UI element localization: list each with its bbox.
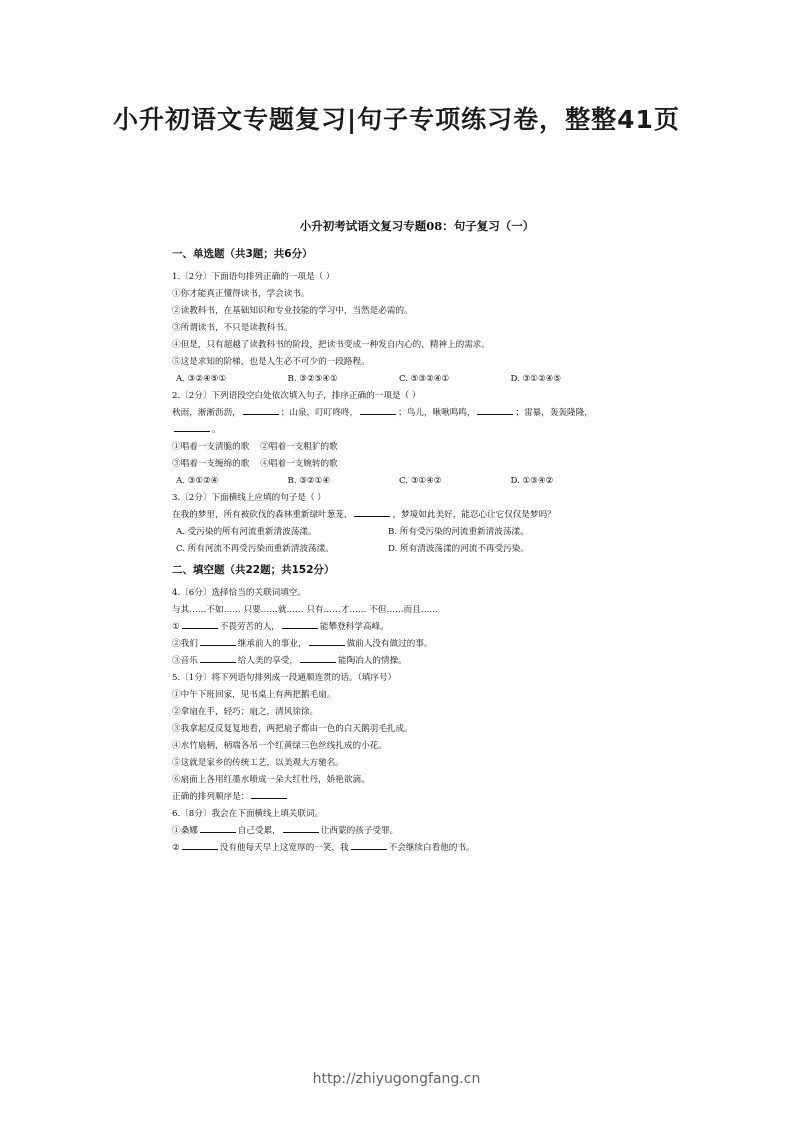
answer-blank: [354, 507, 390, 517]
q4-text: 做前人没有做过的事。: [347, 639, 433, 649]
answer-blank: [300, 653, 336, 663]
q6-text: ①桑娜: [172, 826, 198, 836]
q2-options: A. ③①②④ B. ③②①④ C. ③①④② D. ①③④②: [172, 473, 622, 490]
question-3-stem: 3.〔2分〕下面横线上应填的句子是（ ）: [172, 490, 622, 507]
q3-options-row: A. 受污染的所有河流重新清波荡漾。 B. 所有受污染的河流重新清波荡漾。: [172, 524, 622, 541]
answer-blank: [283, 823, 319, 833]
answer-blank: [351, 840, 387, 850]
q1-item: ①你才能真正懂得读书，学会读书。: [172, 286, 622, 303]
q2-option-a: A. ③①②④: [176, 473, 288, 490]
q2-passage-end: 。: [172, 422, 622, 439]
worksheet: 小升初考试语文复习专题08：句子复习（一） 一、单选题（共3题；共6分） 1.〔…: [172, 218, 622, 857]
q4-item: ③音乐给人美的享受，能陶冶人的情操。: [172, 653, 622, 670]
q3-text: ，梦境如此美好，能忍心让它仅仅是梦吗？: [392, 510, 555, 520]
q1-item: ②读教科书，在基础知识和专业技能的学习中，当然是必需的。: [172, 303, 622, 320]
q2-item: ③唱着一支缠绵的歌: [172, 459, 249, 469]
q5-item: ④水竹扇柄，柄端各吊一个红黄绿三色丝线扎成的小花。: [172, 738, 622, 755]
q2-text: ；鸟儿，啾啾鸣鸣，: [398, 408, 475, 418]
q6-text: ②: [172, 843, 180, 853]
q2-text: ；山泉，叮叮咚咚，: [281, 408, 358, 418]
q1-option-d: D. ③①②④⑤: [511, 371, 623, 388]
q3-passage: 在我的梦里，所有被砍伐的森林重新绿叶葱茏，，梦境如此美好，能忍心让它仅仅是梦吗？: [172, 507, 622, 524]
answer-blank: [243, 405, 279, 415]
q1-option-c: C. ⑤③②④①: [399, 371, 511, 388]
q3-options-row: C. 所有河流不再受污染而重新清波荡漾。 D. 所有清波荡漾的河流不再受污染。: [172, 541, 622, 558]
answer-blank: [182, 840, 218, 850]
answer-blank: [200, 636, 236, 646]
q3-text: 在我的梦里，所有被砍伐的森林重新绿叶葱茏，: [172, 510, 352, 520]
q1-item: ④但是，只有超越了读教科书的阶段，把读书变成一种发自内心的，精神上的需求。: [172, 337, 622, 354]
q2-items-row: ③唱着一支缠绵的歌 ④唱着一支婉转的歌: [172, 456, 622, 473]
q4-text: ②我们: [172, 639, 198, 649]
answer-blank: [182, 619, 218, 629]
question-1-stem: 1.〔2分〕下面语句排列正确的一项是（ ）: [172, 269, 622, 286]
q6-item: ②没有他每天早上这宽厚的一笑，我不会继续白看他的书。: [172, 840, 622, 857]
q1-option-a: A. ③②④⑤①: [176, 371, 288, 388]
q5-item: ③我拿起反反复复地看，两把扇子都由一色的白天鹅羽毛扎成。: [172, 721, 622, 738]
q3-option-c: C. 所有河流不再受污染而重新清波荡漾。: [176, 541, 388, 558]
q4-item: ①不畏劳苦的人，能攀登科学高峰。: [172, 619, 622, 636]
q2-option-c: C. ③①④②: [399, 473, 511, 490]
q5-item: ②拿扇在手，轻巧；扇之，清风徐徐。: [172, 704, 622, 721]
q4-text: ①: [172, 622, 180, 632]
worksheet-title: 小升初考试语文复习专题08：句子复习（一）: [172, 218, 622, 234]
q2-text: 秋雨，淅淅沥沥，: [172, 408, 241, 418]
q2-item: ①唱着一支清脆的歌: [172, 442, 249, 452]
q5-answer-label: 正确的排列顺序是：: [172, 792, 249, 802]
q5-item: ①中午下班回家，见书桌上有两把鹅毛扇。: [172, 687, 622, 704]
q2-items-row: ①唱着一支清脆的歌 ②唱着一支粗犷的歌: [172, 439, 622, 456]
q2-option-d: D. ①③④②: [511, 473, 623, 490]
q3-option-d: D. 所有清波荡漾的河流不再受污染。: [388, 541, 600, 558]
answer-blank: [174, 422, 210, 432]
q2-passage: 秋雨，淅淅沥沥，；山泉，叮叮咚咚，；鸟儿，啾啾鸣鸣，；雷暴，轰轰隆隆，: [172, 405, 622, 422]
q3-option-b: B. 所有受污染的河流重新清波荡漾。: [388, 524, 600, 541]
section-heading-single-choice: 一、单选题（共3题；共6分）: [172, 246, 622, 261]
q5-answer: 正确的排列顺序是：: [172, 789, 622, 806]
q1-options: A. ③②④⑤① B. ③②⑤④① C. ⑤③②④① D. ③①②④⑤: [172, 371, 622, 388]
q2-item: ②唱着一支粗犷的歌: [260, 442, 337, 452]
q6-text: 不会继续白看他的书。: [389, 843, 475, 853]
q1-item: ⑤这是求知的阶梯，也是人生必不可少的一段路程。: [172, 354, 622, 371]
q2-text: ；雷暴，轰轰隆隆，: [515, 408, 592, 418]
q6-text: 让西蒙的孩子受罪。: [321, 826, 398, 836]
q6-text: 没有他每天早上这宽厚的一笑，我: [220, 843, 349, 853]
q4-text: ③音乐: [172, 656, 198, 666]
q2-item: ④唱着一支婉转的歌: [260, 459, 337, 469]
q4-word-bank: 与其……不如…… 只要……就…… 只有……才…… 不但……而且……: [172, 602, 622, 619]
q4-text: 能陶冶人的情操。: [338, 656, 407, 666]
answer-blank: [200, 823, 236, 833]
q4-text: 不畏劳苦的人，: [220, 622, 280, 632]
q2-text: 。: [212, 425, 221, 435]
q3-option-a: A. 受污染的所有河流重新清波荡漾。: [176, 524, 388, 541]
q6-text: 自己受累，: [238, 826, 281, 836]
section-heading-fill-blank: 二、填空题（共22题；共152分）: [172, 562, 622, 577]
q5-item: ⑥扇面上各用红墨水喷成一朵大红牡丹，娇艳欲滴。: [172, 772, 622, 789]
q1-option-b: B. ③②⑤④①: [288, 371, 400, 388]
footer-url: http://zhiyugongfang.cn: [0, 1071, 793, 1087]
q6-item: ①桑娜自己受累，让西蒙的孩子受罪。: [172, 823, 622, 840]
question-5-stem: 5.〔1分〕将下列语句排列成一段通顺连贯的话。（填序号）: [172, 670, 622, 687]
q4-text: 给人美的享受，: [238, 656, 298, 666]
q1-item: ③所谓读书，不只是读教科书。: [172, 320, 622, 337]
answer-blank: [200, 653, 236, 663]
question-6-stem: 6.〔8分〕我会在下面横线上填关联词。: [172, 806, 622, 823]
answer-blank: [282, 619, 318, 629]
question-2-stem: 2.〔2分〕下列语段空白处依次填入句子，排序正确的一项是（ ）: [172, 388, 622, 405]
q4-text: 继承前人的事业，: [238, 639, 307, 649]
answer-blank: [251, 789, 287, 799]
answer-blank: [477, 405, 513, 415]
q5-item: ⑤这就是家乡的传统工艺，以美观大方驰名。: [172, 755, 622, 772]
answer-blank: [360, 405, 396, 415]
q4-text: 能攀登科学高峰。: [320, 622, 389, 632]
page-title: 小升初语文专题复习|句子专项练习卷，整整41页: [0, 100, 793, 136]
q2-option-b: B. ③②①④: [288, 473, 400, 490]
q4-item: ②我们继承前人的事业，做前人没有做过的事。: [172, 636, 622, 653]
answer-blank: [309, 636, 345, 646]
question-4-stem: 4.〔6分〕选择恰当的关联词填空。: [172, 585, 622, 602]
